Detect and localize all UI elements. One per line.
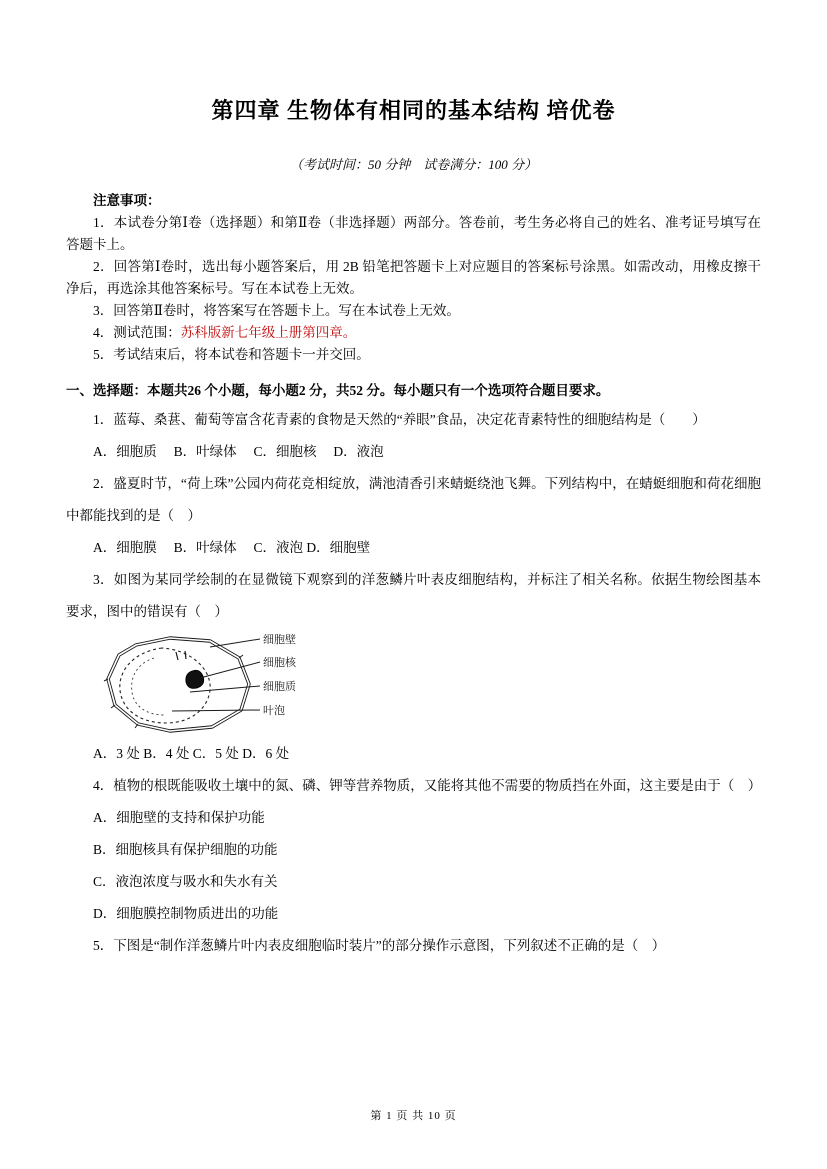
section-heading-choice: 一、选择题：本题共26 个小题，每小题2 分，共52 分。每小题只有一个选项符合… [66,378,761,404]
diagram-label-cytoplasm: 细胞质 [263,679,296,693]
questions-list: 1．蓝莓、桑葚、葡萄等富含花青素的食物是天然的“养眼”食品，决定花青素特性的细胞… [66,404,761,962]
onion-cell-diagram: 细胞壁 细胞核 细胞质 叶泡 [92,632,761,736]
notice-section: 注意事项： 1．本试卷分第Ⅰ卷（选择题）和第Ⅱ卷（非选择题）两部分。答卷前，考生… [66,190,761,366]
nucleus-blob [186,670,204,688]
notice-item-2: 2．回答第Ⅰ卷时，选出每小题答案后，用 2B 铅笔把答题卡上对应题目的答案标号涂… [66,256,761,300]
page-content: 第四章 生物体有相同的基本结构 培优卷 （考试时间：50 分钟 试卷满分：100… [0,0,827,962]
notice-heading: 注意事项： [66,190,761,212]
interior-marks [176,651,186,660]
notice-item-1: 1．本试卷分第Ⅰ卷（选择题）和第Ⅱ卷（非选择题）两部分。答卷前，考生务必将自己的… [66,212,761,256]
question-1-options: A．细胞质 B．叶绿体 C．细胞核 D．液泡 [66,436,761,468]
notice-item-4-prefix: 4．测试范围： [93,325,181,340]
leader-vacuole [172,710,260,711]
notice-item-5: 5．考试结束后，将本试卷和答题卡一并交回。 [66,344,761,366]
question-4-option-c: C．液泡浓度与吸水和失水有关 [66,866,761,898]
leader-nucleus [200,662,260,678]
exam-info: （考试时间：50 分钟 试卷满分：100 分） [66,156,761,174]
question-2-text: 2．盛夏时节，“荷上珠”公园内荷花竞相绽放，满池清香引来蜻蜓绕池飞舞。下列结构中… [66,468,761,532]
diagram-label-cell-wall: 细胞壁 [263,633,296,646]
notice-item-4: 4．测试范围：苏科版新七年级上册第四章。 [66,322,761,344]
question-5-text: 5．下图是“制作洋葱鳞片叶内表皮细胞临时装片”的部分操作示意图，下列叙述不正确的… [66,930,761,962]
leader-cell-wall [210,639,260,647]
diagram-label-vacuole: 叶泡 [263,703,285,717]
question-4-options: A．细胞壁的支持和保护功能 B．细胞核具有保护细胞的功能 C．液泡浓度与吸水和失… [66,802,761,930]
question-4-text: 4．植物的根既能吸收土壤中的氮、磷、钾等营养物质，又能将其他不需要的物质挡在外面… [66,770,761,802]
question-4-option-d: D．细胞膜控制物质进出的功能 [66,898,761,930]
question-4-option-a: A．细胞壁的支持和保护功能 [66,802,761,834]
vacuole-dotted-line [132,658,164,715]
question-2-options: A．细胞膜 B．叶绿体 C．液泡 D．细胞壁 [66,532,761,564]
page-footer: 第 1 页 共 10 页 [0,1107,827,1123]
notice-item-3: 3．回答第Ⅱ卷时，将答案写在答题卡上。写在本试卷上无效。 [66,300,761,322]
cell-wall-ticks [104,655,243,728]
question-1-text: 1．蓝莓、桑葚、葡萄等富含花青素的食物是天然的“养眼”食品，决定花青素特性的细胞… [66,404,761,436]
question-4-option-b: B．细胞核具有保护细胞的功能 [66,834,761,866]
question-3-options: A．3 处 B．4 处 C．5 处 D．6 处 [66,738,761,770]
diagram-label-nucleus: 细胞核 [263,655,297,669]
notice-item-4-scope-highlight: 苏科版新七年级上册第四章。 [181,325,357,340]
exam-paper-page: 第四章 生物体有相同的基本结构 培优卷 （考试时间：50 分钟 试卷满分：100… [0,0,827,1169]
page-title: 第四章 生物体有相同的基本结构 培优卷 [66,96,761,126]
question-3-text: 3．如图为某同学绘制的在显微镜下观察到的洋葱鳞片叶表皮细胞结构，并标注了相关名称… [66,564,761,628]
onion-cell-figure: 细胞壁 细胞核 细胞质 叶泡 [92,632,342,736]
leader-cytoplasm [190,686,260,692]
cell-wall-inner-line [108,638,249,731]
